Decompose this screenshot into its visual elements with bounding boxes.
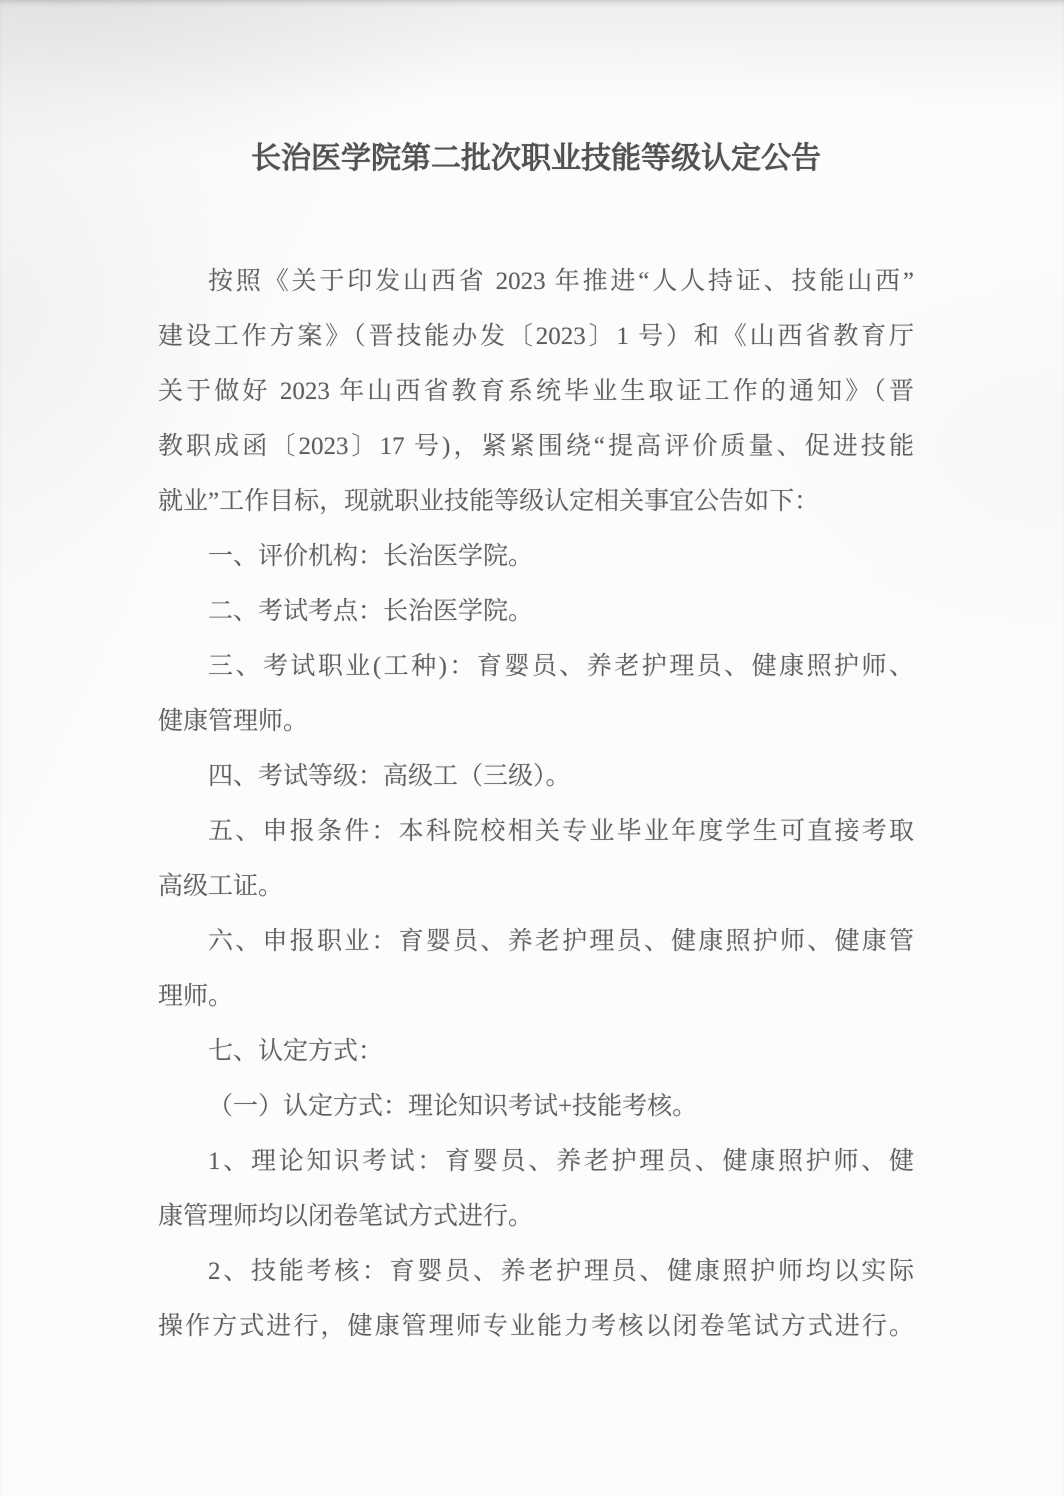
text-line: 四、考试等级：高级工（三级）。: [158, 749, 914, 804]
document-title: 长治医学院第二批次职业技能等级认定公告: [158, 136, 914, 182]
document-body: 按照《关于印发山西省 2023 年推进“人人持证、技能山西”建设工作方案》（晋技…: [158, 254, 914, 1354]
scanned-page: 长治医学院第二批次职业技能等级认定公告 按照《关于印发山西省 2023 年推进“…: [0, 0, 1064, 1496]
text-line: 按照《关于印发山西省 2023 年推进“人人持证、技能山西”: [158, 254, 914, 309]
text-line: 七、认定方式：: [158, 1024, 914, 1079]
text-line: 健康管理师。: [158, 694, 914, 749]
document-content: 长治医学院第二批次职业技能等级认定公告 按照《关于印发山西省 2023 年推进“…: [158, 136, 914, 1354]
text-line: 就业”工作目标，现就职业技能等级认定相关事宜公告如下：: [158, 474, 914, 529]
text-line: 建设工作方案》（晋技能办发〔2023〕1 号）和《山西省教育厅: [158, 309, 914, 364]
text-line: 三、考试职业(工种)：育婴员、养老护理员、健康照护师、: [158, 639, 914, 694]
text-line: 一、评价机构：长治医学院。: [158, 529, 914, 584]
text-line: 操作方式进行，健康管理师专业能力考核以闭卷笔试方式进行。: [158, 1299, 914, 1354]
text-line: 二、考试考点：长治医学院。: [158, 584, 914, 639]
text-line: 理师。: [158, 969, 914, 1024]
text-line: 关于做好 2023 年山西省教育系统毕业生取证工作的通知》（晋: [158, 364, 914, 419]
text-line: （一）认定方式：理论知识考试+技能考核。: [158, 1079, 914, 1134]
text-line: 1、理论知识考试：育婴员、养老护理员、健康照护师、健: [158, 1134, 914, 1189]
text-line: 2、技能考核：育婴员、养老护理员、健康照护师均以实际: [158, 1244, 914, 1299]
text-line: 高级工证。: [158, 859, 914, 914]
text-line: 教职成函〔2023〕17 号)，紧紧围绕“提高评价质量、促进技能: [158, 419, 914, 474]
text-line: 六、申报职业：育婴员、养老护理员、健康照护师、健康管: [158, 914, 914, 969]
text-line: 康管理师均以闭卷笔试方式进行。: [158, 1189, 914, 1244]
text-line: 五、申报条件：本科院校相关专业毕业年度学生可直接考取: [158, 804, 914, 859]
